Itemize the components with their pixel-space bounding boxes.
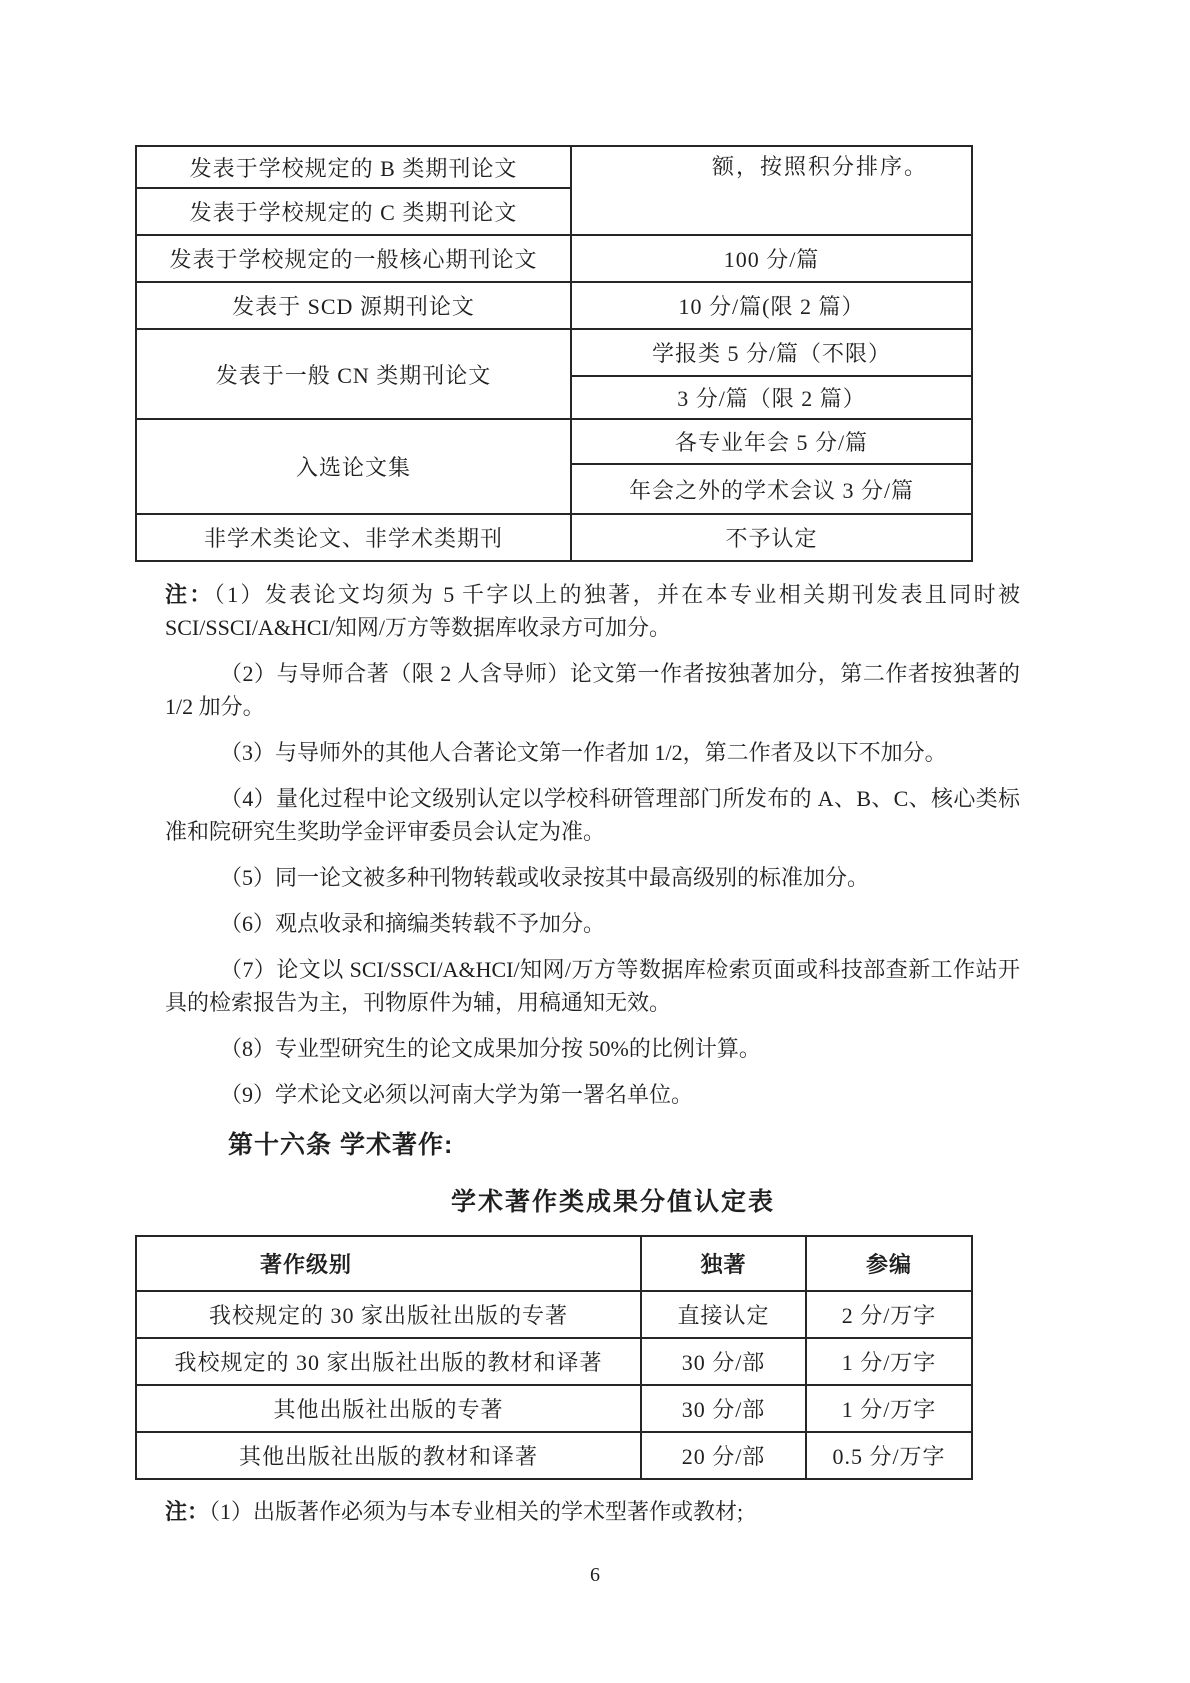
table-cell: 我校规定的 30 家出版社出版的专著 — [136, 1291, 641, 1338]
table-cell: 2 分/万字 — [806, 1291, 972, 1338]
book-note: 注：（1）出版著作必须为与本专业相关的学术型著作或教材; — [165, 1495, 1020, 1528]
note-item: （9）学术论文必须以河南大学为第一署名单位。 — [165, 1078, 1020, 1111]
note-item: （3）与导师外的其他人合著论文第一作者加 1/2，第二作者及以下不加分。 — [165, 736, 1020, 769]
table-cell: 不予认定 — [571, 514, 972, 561]
table-cell: 直接认定 — [641, 1291, 806, 1338]
note-item: 注：（1）发表论文均须为 5 千字以上的独著，并在本专业相关期刊发表且同时被 S… — [165, 578, 1020, 644]
table-cell: 入选论文集 — [136, 419, 571, 514]
book-scores-table: 著作级别 独著 参编 我校规定的 30 家出版社出版的专著 直接认定 2 分/万… — [135, 1235, 973, 1480]
table-cell: 30 分/部 — [641, 1338, 806, 1385]
note-label: 注： — [165, 1499, 209, 1524]
table-cell: 其他出版社出版的专著 — [136, 1385, 641, 1432]
table-cell: 各专业年会 5 分/篇 — [571, 419, 972, 464]
document-page: 发表于学校规定的 B 类期刊论文 额，按照积分排序。 发表于学校规定的 C 类期… — [0, 0, 1190, 1683]
table-cell: 3 分/篇（限 2 篇） — [571, 376, 972, 419]
note-item: （5）同一论文被多种刊物转载或收录按其中最高级别的标准加分。 — [165, 861, 1020, 894]
column-header: 著作级别 — [136, 1236, 641, 1291]
paper-scores-table: 发表于学校规定的 B 类期刊论文 额，按照积分排序。 发表于学校规定的 C 类期… — [135, 145, 973, 562]
table-cell: 10 分/篇(限 2 篇） — [571, 282, 972, 329]
table-cell: 20 分/部 — [641, 1432, 806, 1479]
table-cell: 发表于学校规定的一般核心期刊论文 — [136, 235, 571, 282]
note-item: （6）观点收录和摘编类转载不予加分。 — [165, 907, 1020, 940]
table-cell: 非学术类论文、非学术类期刊 — [136, 514, 571, 561]
table-cell: 1 分/万字 — [806, 1385, 972, 1432]
paper-notes: 注：（1）发表论文均须为 5 千字以上的独著，并在本专业相关期刊发表且同时被 S… — [165, 578, 1020, 1124]
table-cell-merged-note: 额，按照积分排序。 — [571, 146, 972, 235]
table-cell: 1 分/万字 — [806, 1338, 972, 1385]
table-cell: 发表于 SCD 源期刊论文 — [136, 282, 571, 329]
table-cell: 年会之外的学术会议 3 分/篇 — [571, 464, 972, 514]
table-cell: 发表于学校规定的 C 类期刊论文 — [136, 188, 571, 235]
table-cell: 发表于一般 CN 类期刊论文 — [136, 329, 571, 419]
table-cell: 我校规定的 30 家出版社出版的教材和译著 — [136, 1338, 641, 1385]
column-header: 独著 — [641, 1236, 806, 1291]
section-heading: 第十六条 学术著作: — [228, 1129, 453, 1162]
table-cell: 0.5 分/万字 — [806, 1432, 972, 1479]
table-cell: 其他出版社出版的教材和译著 — [136, 1432, 641, 1479]
table-cell: 发表于学校规定的 B 类期刊论文 — [136, 146, 571, 188]
note-item: （4）量化过程中论文级别认定以学校科研管理部门所发布的 A、B、C、核心类标准和… — [165, 782, 1020, 848]
table-cell: 学报类 5 分/篇（不限） — [571, 329, 972, 376]
page-number: 6 — [0, 1560, 1190, 1590]
note-item: （2）与导师合著（限 2 人含导师）论文第一作者按独著加分，第二作者按独著的 1… — [165, 657, 1020, 723]
table-cell: 30 分/部 — [641, 1385, 806, 1432]
note-item: （7）论文以 SCI/SSCI/A&HCI/知网/万方等数据库检索页面或科技部查… — [165, 953, 1020, 1019]
column-header: 参编 — [806, 1236, 972, 1291]
note-label: 注： — [165, 582, 214, 607]
note-item: （8）专业型研究生的论文成果加分按 50%的比例计算。 — [165, 1032, 1020, 1065]
table-cell: 100 分/篇 — [571, 235, 972, 282]
table-title: 学术著作类成果分值认定表 — [36, 1186, 1190, 1219]
